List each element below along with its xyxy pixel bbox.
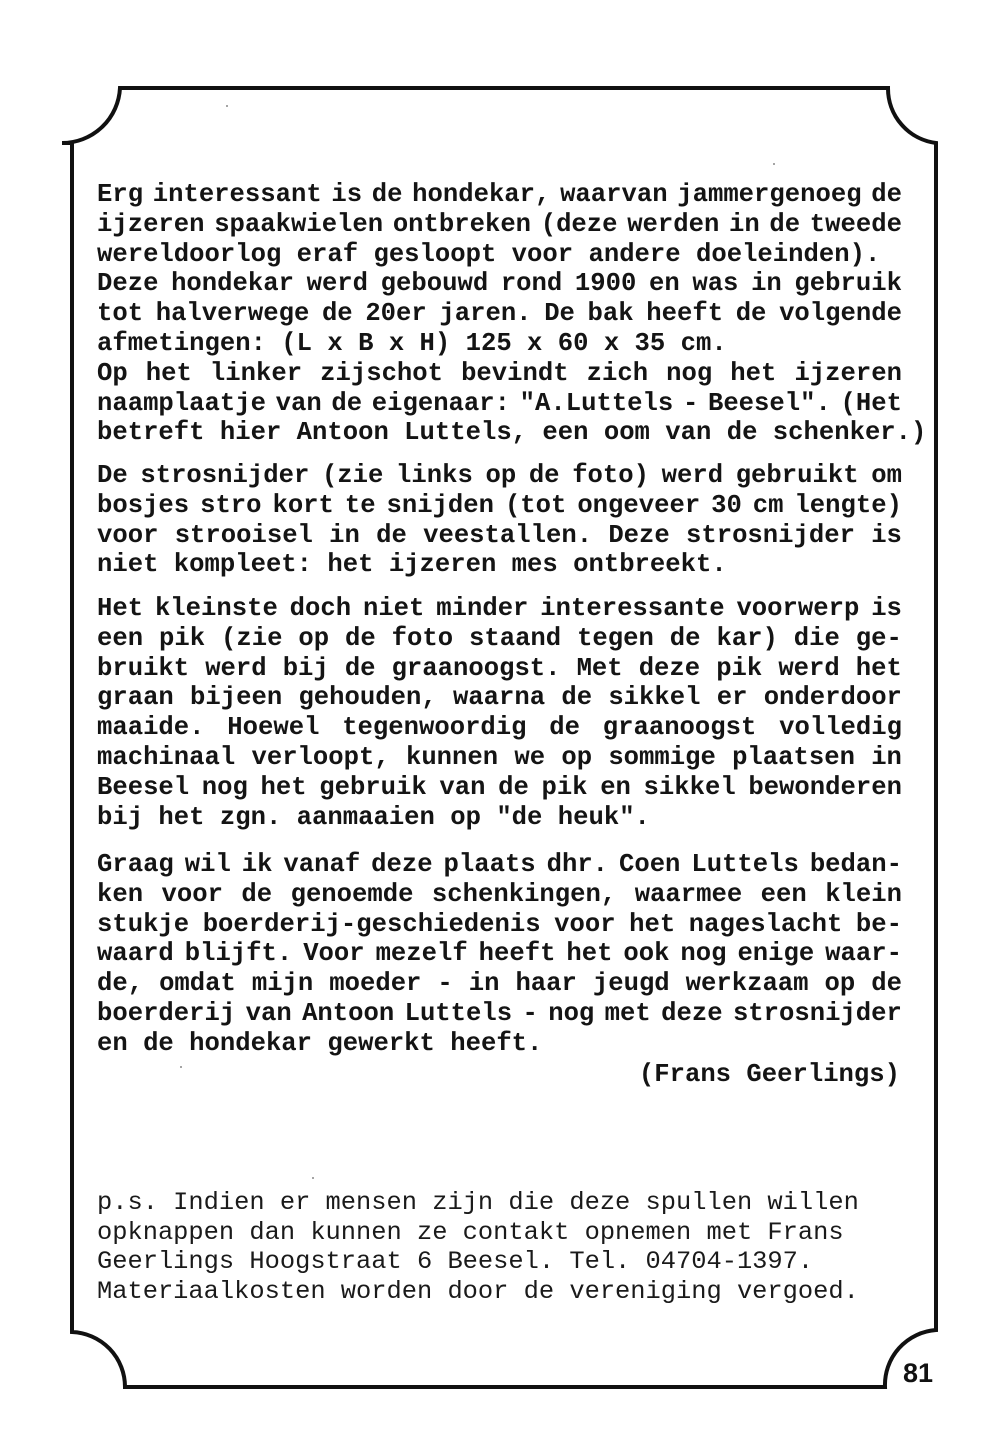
text-line: naamplaatjevandeeigenaar:"A.Luttels-Bees… — [97, 389, 902, 419]
text-line: stukjeboerderij-geschiedenisvoorhetnages… — [97, 910, 902, 940]
paper-speck — [226, 105, 228, 107]
postscript: p.s. Indien er mensen zijn die deze spul… — [97, 1188, 887, 1306]
text-line: Graagwilikvanafdezeplaatsdhr.CoenLuttels… — [97, 850, 902, 880]
text-line: machinaalverloopt,kunnenweopsommigeplaat… — [97, 743, 902, 773]
paragraph-strosnijder: Destrosnijder(zielinksopdefoto)werdgebru… — [97, 461, 902, 580]
text-line: kenvoordegenoemdeschenkingen,waarmeeeenk… — [97, 880, 902, 910]
postscript-line: Materiaalkosten worden door de verenigin… — [97, 1277, 887, 1307]
text-line: waardblijft.Voormezelfheefthetooknogenig… — [97, 939, 902, 969]
author-signature: (Frans Geerlings) — [639, 1060, 900, 1089]
paper-speck — [773, 163, 775, 165]
text-line: Erginteressantisdehondekar,waarvanjammer… — [97, 180, 902, 210]
text-line: voorstrooiselindeveestallen.Dezestrosnij… — [97, 521, 902, 551]
text-line: afmetingen: (L x B x H) 125 x 60 x 35 cm… — [97, 329, 902, 359]
text-line: en de hondekar gewerkt heeft. — [97, 1029, 902, 1059]
paper-speck — [312, 1177, 314, 1179]
text-line: de,omdatmijnmoeder-inhaarjeugdwerkzaamop… — [97, 969, 902, 999]
text-line: maaide.Hoeweltegenwoordigdegraanoogstvol… — [97, 713, 902, 743]
text-line: niet kompleet: het ijzeren mes ontbreekt… — [97, 550, 902, 580]
text-line: Beeselnoghetgebruikvandepikensikkelbewon… — [97, 773, 902, 803]
text-line: Dezehondekarwerdgebouwdrond1900enwasinge… — [97, 269, 902, 299]
paper-speck — [180, 1066, 182, 1068]
text-line: ijzerenspaakwielenontbreken(dezewerdenin… — [97, 210, 902, 240]
text-line: Ophetlinkerzijschotbevindtzichnoghetijze… — [97, 359, 902, 389]
text-line: bruiktwerdbijdegraanoogst.Metdezepikwerd… — [97, 654, 902, 684]
text-line: eenpik(zieopdefotostaandtegendekar)diege… — [97, 624, 902, 654]
text-line: Hetkleinstedochnietminderinteressantevoo… — [97, 594, 902, 624]
postscript-line: opknappen dan kunnen ze contakt opnemen … — [97, 1218, 887, 1248]
text-line: bij het zgn. aanmaaien op "de heuk". — [97, 803, 902, 833]
text-line: Destrosnijder(zielinksopdefoto)werdgebru… — [97, 461, 902, 491]
paragraph-hondekar: Erginteressantisdehondekar,waarvanjammer… — [97, 180, 902, 448]
paragraph-pik: Hetkleinstedochnietminderinteressantevoo… — [97, 594, 902, 832]
page-number: 81 — [903, 1358, 933, 1389]
text-line: graanbijeengehouden,waarnadesikkeleronde… — [97, 683, 902, 713]
paragraph-dankwoord: Graagwilikvanafdezeplaatsdhr.CoenLuttels… — [97, 850, 902, 1059]
postscript-line: Geerlings Hoogstraat 6 Beesel. Tel. 0470… — [97, 1247, 887, 1277]
text-line: betreft hier Antoon Luttels, een oom van… — [97, 418, 902, 448]
text-line: wereldoorlog eraf gesloopt voor andere d… — [97, 240, 902, 270]
postscript-line: p.s. Indien er mensen zijn die deze spul… — [97, 1188, 887, 1218]
text-line: tothalverwegede20erjaren.Debakheeftdevol… — [97, 299, 902, 329]
text-line: bosjesstrokorttesnijden(totongeveer30cml… — [97, 491, 902, 521]
text-line: boerderijvanAntoonLuttels-nogmetdezestro… — [97, 999, 902, 1029]
